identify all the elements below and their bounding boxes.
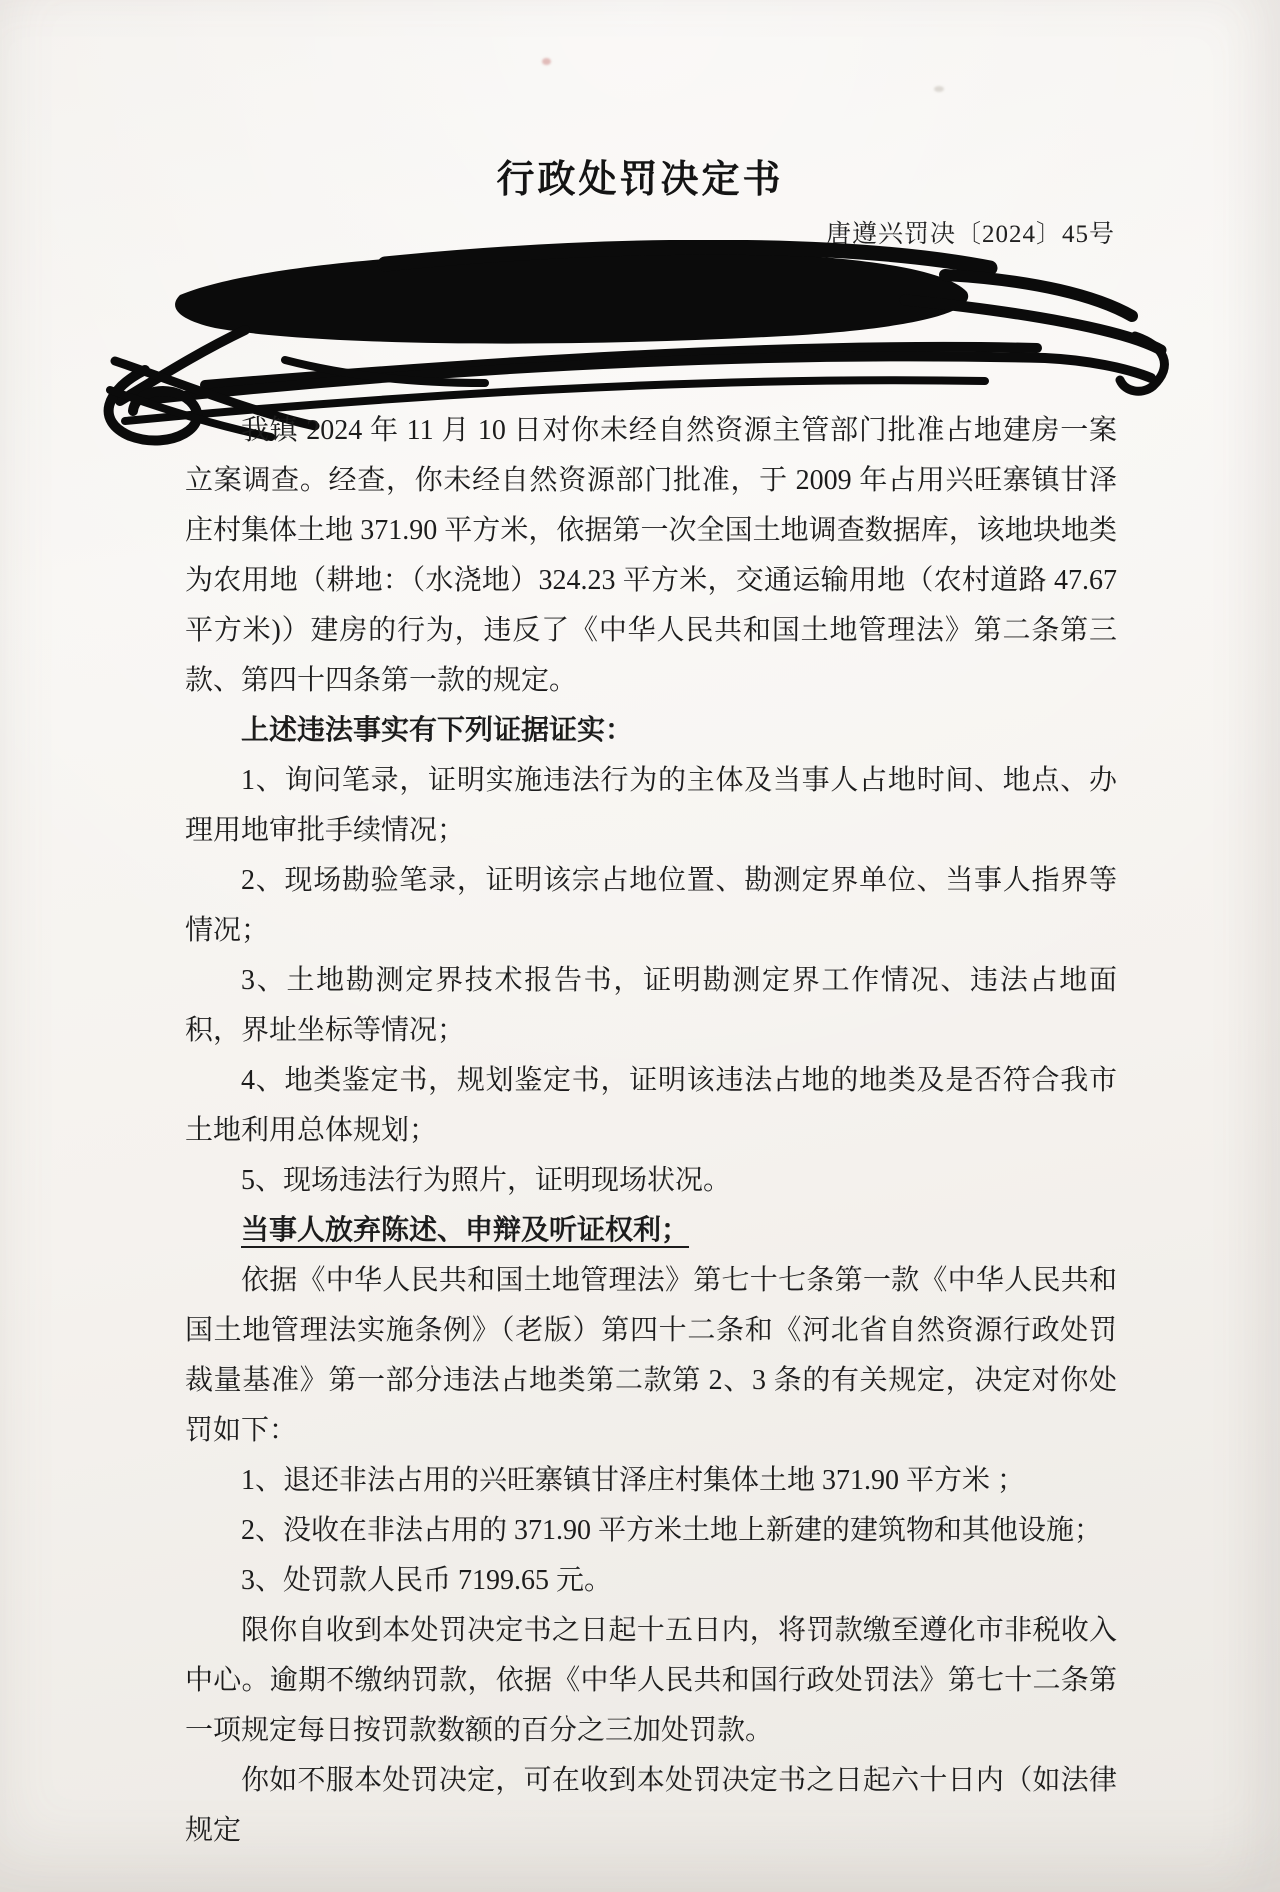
paragraph-evidence-4: 4、地类鉴定书，规划鉴定书，证明该违法占地的地类及是否符合我市土地利用总体规划； [185, 1056, 1117, 1156]
paragraph-penalty-1: 1、退还非法占用的兴旺寨镇甘泽庄村集体土地 371.90 平方米 ； [185, 1456, 1117, 1506]
paragraph-evidence-3: 3、土地勘测定界技术报告书，证明勘测定界工作情况、违法占地面积，界址坐标等情况； [185, 956, 1117, 1056]
paragraph-penalty-2: 2、没收在非法占用的 371.90 平方米土地上新建的建筑物和其他设施； [185, 1506, 1117, 1556]
paragraph-payment-deadline: 限你自收到本处罚决定书之日起十五日内，将罚款缴至遵化市非税收入中心。逾期不缴纳罚… [185, 1606, 1117, 1756]
scan-artifact-red-speck [542, 58, 551, 65]
paragraph-penalty-3: 3、处罚款人民币 7199.65 元。 [185, 1556, 1117, 1606]
paragraph-evidence-heading: 上述违法事实有下列证据证实： [185, 706, 1117, 756]
paragraph-evidence-2: 2、现场勘验笔录，证明该宗占地位置、勘测定界单位、当事人指界等情况； [185, 856, 1117, 956]
paragraph-legal-basis: 依据《中华人民共和国土地管理法》第七十七条第一款《中华人民共和国土地管理法实施条… [185, 1256, 1117, 1456]
paragraph-appeal-rights: 你如不服本处罚决定，可在收到本处罚决定书之日起六十日内（如法律规定 [185, 1756, 1117, 1856]
paragraph-waiver-statement: 当事人放弃陈述、申辩及听证权利； [185, 1206, 1117, 1256]
scan-artifact-gray-speck [934, 86, 944, 92]
paragraph-evidence-5: 5、现场违法行为照片，证明现场状况。 [185, 1156, 1117, 1206]
document-title: 行政处罚决定书 [0, 148, 1280, 203]
document-page: 行政处罚决定书 唐遵兴罚决〔2024〕45号 我镇 2024 年 11 月 10… [0, 0, 1280, 1892]
paragraph-evidence-1: 1、询问笔录，证明实施违法行为的主体及当事人占地时间、地点、办理用地审批手续情况… [185, 756, 1117, 856]
document-body: 我镇 2024 年 11 月 10 日对你未经自然资源主管部门批准占地建房一案立… [185, 406, 1117, 1856]
paragraph-case-facts: 我镇 2024 年 11 月 10 日对你未经自然资源主管部门批准占地建房一案立… [185, 406, 1117, 706]
